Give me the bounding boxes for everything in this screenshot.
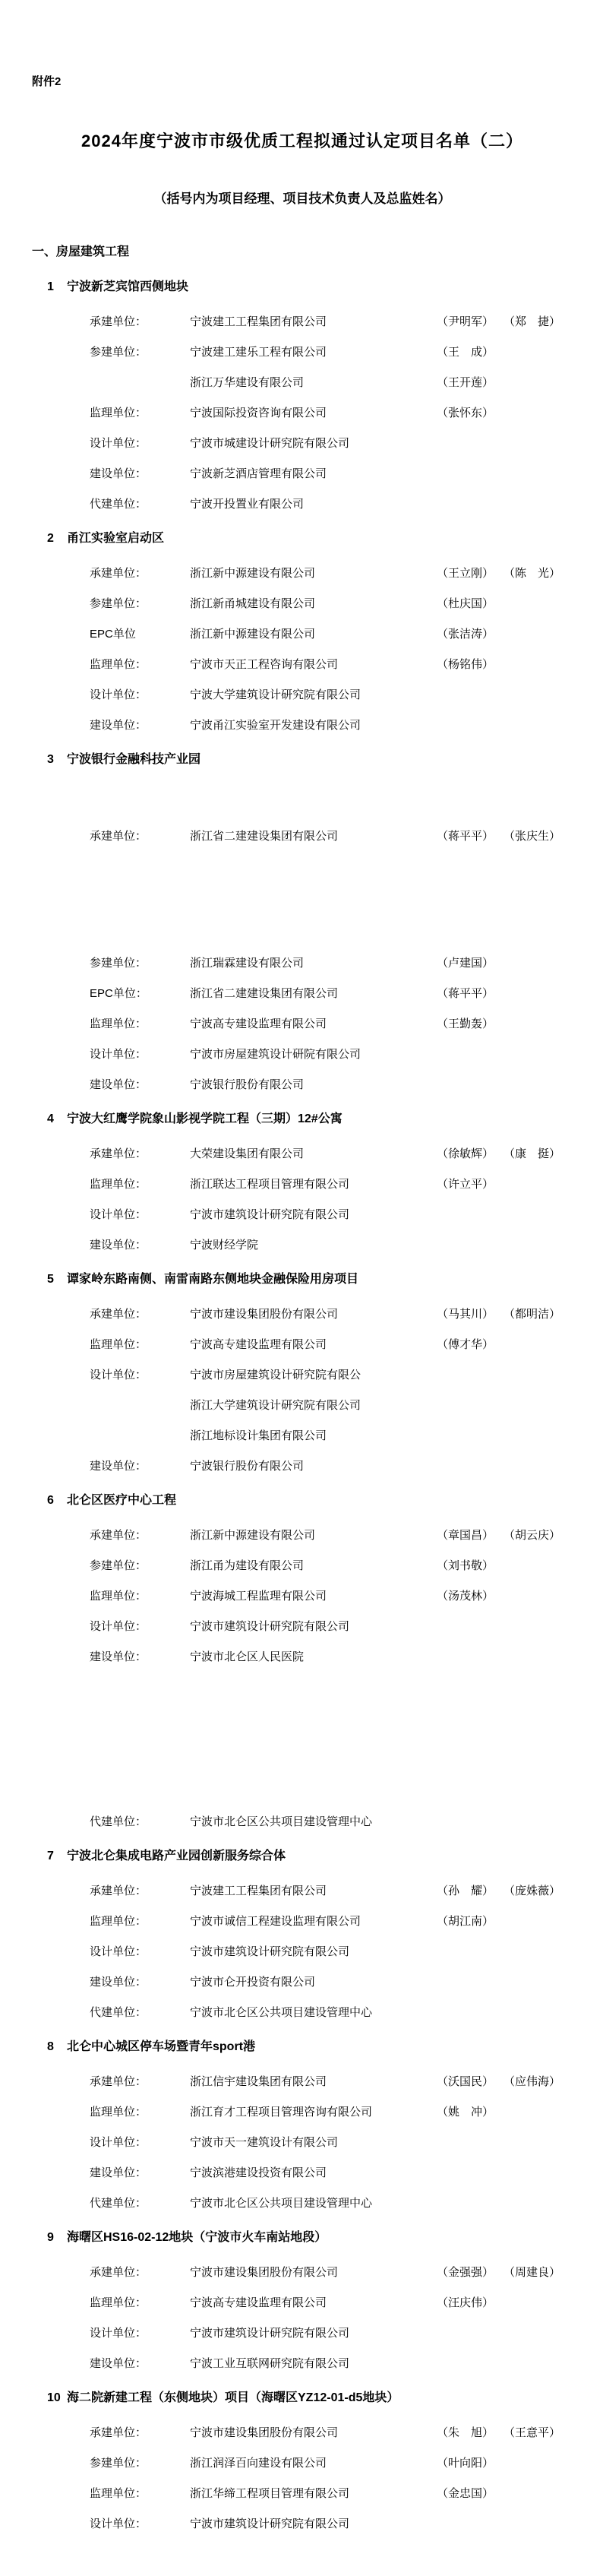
manager-name bbox=[437, 1815, 504, 1828]
unit-role-label: 代建单位： bbox=[90, 2006, 190, 2019]
unit-row: 监理单位： 宁波市天正工程咨询有限公司 （杨铭伟） bbox=[90, 658, 573, 671]
manager-name: （蒋平平） bbox=[437, 987, 504, 1000]
project: 1 宁波新芝宾馆西侧地块 承建单位： 宁波建工工程集团有限公司 （尹明军） （郑… bbox=[32, 280, 573, 511]
unit-role-label: 设计单位： bbox=[90, 437, 190, 450]
unit-row: 承建单位： 宁波市建设集团股份有限公司 （金强强） （周建良） bbox=[90, 2266, 573, 2279]
unit-role-label: 承建单位： bbox=[90, 1529, 190, 1542]
tech-lead-name: （康 挺） bbox=[504, 1147, 570, 1160]
unit-row: 建设单位： 宁波甬江实验室开发建设有限公司 bbox=[90, 719, 573, 732]
unit-row: 承建单位： 浙江新中源建设有限公司 （章国昌） （胡云庆） bbox=[90, 1529, 573, 1542]
company-name: 宁波市建设集团股份有限公司 bbox=[190, 2426, 437, 2439]
company-name: 宁波市北仑区公共项目建设管理中心 bbox=[190, 2006, 437, 2019]
unit-role-label: 监理单位： bbox=[90, 658, 190, 671]
unit-row: 参建单位： 浙江甬为建设有限公司 （刘书敬） bbox=[90, 1559, 573, 1572]
manager-name: （张洁涛） bbox=[437, 628, 504, 641]
project-number: 1 bbox=[47, 280, 67, 294]
unit-row: 建设单位： 宁波财经学院 bbox=[90, 1239, 573, 1252]
unit-role-label: EPC单位： bbox=[90, 987, 190, 1000]
manager-name: （胡江南） bbox=[437, 1915, 504, 1928]
unit-role-label: 监理单位： bbox=[90, 1915, 190, 1928]
project-title: 海曙区HS16-02-12地块（宁波市火车南站地段） bbox=[67, 2231, 573, 2245]
manager-name: （杜庆国） bbox=[437, 597, 504, 610]
project-list: 1 宁波新芝宾馆西侧地块 承建单位： 宁波建工工程集团有限公司 （尹明军） （郑… bbox=[32, 280, 573, 2530]
unit-role-label: 承建单位： bbox=[90, 567, 190, 580]
company-name: 宁波市建筑设计研究院有限公司 bbox=[190, 2517, 437, 2530]
project-title: 甬江实验室启动区 bbox=[67, 532, 573, 546]
tech-lead-name bbox=[504, 1559, 570, 1572]
unit-rows: 承建单位： 浙江新中源建设有限公司 （王立刚） （陈 光） 参建单位： 浙江新甬… bbox=[32, 567, 573, 732]
tech-lead-name bbox=[504, 1915, 570, 1928]
unit-role-label: 建设单位： bbox=[90, 719, 190, 732]
tech-lead-name bbox=[504, 2457, 570, 2470]
company-name: 宁波市建筑设计研究院有限公司 bbox=[190, 1945, 437, 1958]
unit-role-label: 参建单位： bbox=[90, 346, 190, 359]
unit-role-label: 代建单位： bbox=[90, 2197, 190, 2210]
unit-role-label: 承建单位： bbox=[90, 2075, 190, 2088]
unit-row: 承建单位： 浙江信宇建设集团有限公司 （沃国民） （应伟海） bbox=[90, 2075, 573, 2088]
unit-rows: 承建单位： 大荣建设集团有限公司 （徐敏辉） （康 挺） 监理单位： 浙江联达工… bbox=[32, 1147, 573, 1252]
unit-row: 承建单位： 大荣建设集团有限公司 （徐敏辉） （康 挺） bbox=[90, 1147, 573, 1160]
unit-role-label: 代建单位： bbox=[90, 1815, 190, 1828]
manager-name: （杨铭伟） bbox=[437, 658, 504, 671]
project-heading: 4 宁波大红鹰学院象山影视学院工程（三期）12#公寓 bbox=[32, 1112, 573, 1126]
tech-lead-name bbox=[504, 2197, 570, 2210]
manager-name bbox=[437, 1620, 504, 1633]
manager-name bbox=[437, 2166, 504, 2179]
unit-role-label: 监理单位： bbox=[90, 407, 190, 419]
company-name: 宁波新芝酒店管理有限公司 bbox=[190, 467, 437, 480]
tech-lead-name bbox=[504, 346, 570, 359]
company-name: 浙江华缔工程项目管理有限公司 bbox=[190, 2487, 437, 2500]
unit-row: 监理单位： 宁波高专建设监理有限公司 （傅才华） bbox=[90, 1338, 573, 1351]
manager-name: （汪庆伟） bbox=[437, 2296, 504, 2309]
unit-row: 设计单位： 宁波市建筑设计研究院有限公司 bbox=[90, 2517, 573, 2530]
manager-name: （马其川） bbox=[437, 1308, 504, 1321]
unit-row: 承建单位： 浙江省二建建设集团有限公司 （蒋平平） （张庆生） bbox=[90, 830, 573, 843]
company-name: 宁波大学建筑设计研究院有限公司 bbox=[190, 688, 437, 701]
tech-lead-name bbox=[504, 498, 570, 511]
unit-role-label: 监理单位： bbox=[90, 1338, 190, 1351]
manager-name: （张怀东） bbox=[437, 407, 504, 419]
unit-row: 建设单位： 宁波滨港建设投资有限公司 bbox=[90, 2166, 573, 2179]
tech-lead-name bbox=[504, 1399, 570, 1412]
project-heading: 2 甬江实验室启动区 bbox=[32, 532, 573, 546]
unit-role-label: 设计单位： bbox=[90, 1620, 190, 1633]
project-title: 海二院新建工程（东侧地块）项目（海曙区YZ12-01-d5地块） bbox=[67, 2391, 573, 2405]
tech-lead-name: （张庆生） bbox=[504, 830, 570, 843]
tech-lead-name bbox=[504, 437, 570, 450]
unit-role-label: 承建单位： bbox=[90, 2426, 190, 2439]
manager-name bbox=[437, 719, 504, 732]
manager-name bbox=[437, 467, 504, 480]
unit-row: 参建单位： 浙江润泽百向建设有限公司 （叶向阳） bbox=[90, 2457, 573, 2470]
company-name: 浙江省二建建设集团有限公司 bbox=[190, 987, 437, 1000]
company-name: 宁波高专建设监理有限公司 bbox=[190, 2296, 437, 2309]
project: 9 海曙区HS16-02-12地块（宁波市火车南站地段） 承建单位： 宁波市建设… bbox=[32, 2231, 573, 2370]
tech-lead-name bbox=[504, 688, 570, 701]
manager-name bbox=[437, 2327, 504, 2340]
company-name: 宁波市天正工程咨询有限公司 bbox=[190, 658, 437, 671]
tech-lead-name bbox=[504, 376, 570, 389]
tech-lead-name: （郑 捷） bbox=[504, 315, 570, 328]
tech-lead-name bbox=[504, 1815, 570, 1828]
project: 3 宁波银行金融科技产业园 承建单位： 浙江省二建建设集团有限公司 （蒋平平） … bbox=[32, 753, 573, 1091]
company-name: 浙江新中源建设有限公司 bbox=[190, 628, 437, 641]
unit-role-label: 承建单位： bbox=[90, 1308, 190, 1321]
company-name: 宁波银行股份有限公司 bbox=[190, 1460, 437, 1473]
tech-lead-name bbox=[504, 1945, 570, 1958]
unit-rows: 承建单位： 宁波市建设集团股份有限公司 （金强强） （周建良） 监理单位： 宁波… bbox=[32, 2266, 573, 2370]
unit-row: 浙江地标设计集团有限公司 bbox=[90, 1429, 573, 1442]
project-heading: 7 宁波北仑集成电路产业园创新服务综合体 bbox=[32, 1850, 573, 1863]
tech-lead-name bbox=[504, 2327, 570, 2340]
unit-row: EPC单位 浙江新中源建设有限公司 （张洁涛） bbox=[90, 628, 573, 641]
unit-rows: 承建单位： 浙江省二建建设集团有限公司 （蒋平平） （张庆生） 参建单位： 浙江… bbox=[32, 830, 573, 1091]
page-title: 2024年度宁波市市级优质工程拟通过认定项目名单（二） bbox=[32, 128, 573, 152]
unit-role-label bbox=[90, 376, 190, 389]
document-page: 附件2 2024年度宁波市市级优质工程拟通过认定项目名单（二） （括号内为项目经… bbox=[0, 0, 603, 2576]
unit-role-label: 建设单位： bbox=[90, 1239, 190, 1252]
unit-row: 代建单位： 宁波市北仑区公共项目建设管理中心 bbox=[90, 2197, 573, 2210]
project-number: 3 bbox=[47, 753, 67, 767]
tech-lead-name bbox=[504, 597, 570, 610]
section-heading: 一、房屋建筑工程 bbox=[32, 242, 573, 259]
company-name: 宁波市北仑区人民医院 bbox=[190, 1650, 437, 1663]
project-title: 宁波大红鹰学院象山影视学院工程（三期）12#公寓 bbox=[67, 1112, 573, 1126]
tech-lead-name: （王意平） bbox=[504, 2426, 570, 2439]
manager-name bbox=[437, 1048, 504, 1061]
project-number: 10 bbox=[47, 2391, 67, 2405]
unit-role-label: 设计单位： bbox=[90, 2517, 190, 2530]
unit-role-label bbox=[90, 1429, 190, 1442]
company-name: 宁波市建设集团股份有限公司 bbox=[190, 1308, 437, 1321]
unit-row: 代建单位： 宁波市北仑区公共项目建设管理中心 bbox=[90, 1815, 573, 1828]
tech-lead-name: （陈 光） bbox=[504, 567, 570, 580]
company-name: 宁波高专建设监理有限公司 bbox=[190, 1017, 437, 1030]
manager-name bbox=[437, 1369, 504, 1381]
manager-name: （蒋平平） bbox=[437, 830, 504, 843]
manager-name: （傅才华） bbox=[437, 1338, 504, 1351]
unit-row: 监理单位： 宁波市诚信工程建设监理有限公司 （胡江南） bbox=[90, 1915, 573, 1928]
unit-role-label: 监理单位： bbox=[90, 1017, 190, 1030]
tech-lead-name bbox=[504, 1429, 570, 1442]
unit-role-label: 承建单位： bbox=[90, 1147, 190, 1160]
manager-name bbox=[437, 437, 504, 450]
manager-name: （卢建国） bbox=[437, 957, 504, 970]
unit-row: 设计单位： 宁波市城建设计研究院有限公司 bbox=[90, 437, 573, 450]
manager-name bbox=[437, 2197, 504, 2210]
unit-row: 监理单位： 宁波国际投资咨询有限公司 （张怀东） bbox=[90, 407, 573, 419]
unit-rows: 承建单位： 宁波市建设集团股份有限公司 （马其川） （都明洁） 监理单位： 宁波… bbox=[32, 1308, 573, 1473]
project: 2 甬江实验室启动区 承建单位： 浙江新中源建设有限公司 （王立刚） （陈 光）… bbox=[32, 532, 573, 732]
unit-row: 参建单位： 浙江新甬城建设有限公司 （杜庆国） bbox=[90, 597, 573, 610]
unit-role-label: 承建单位： bbox=[90, 315, 190, 328]
manager-name bbox=[437, 498, 504, 511]
unit-row: 监理单位： 宁波高专建设监理有限公司 （汪庆伟） bbox=[90, 2296, 573, 2309]
tech-lead-name: （都明洁） bbox=[504, 1308, 570, 1321]
unit-role-label: 设计单位： bbox=[90, 1945, 190, 1958]
unit-rows: 承建单位： 宁波建工工程集团有限公司 （尹明军） （郑 捷） 参建单位： 宁波建… bbox=[32, 315, 573, 511]
project-title: 谭家岭东路南侧、南雷南路东侧地块金融保险用房项目 bbox=[67, 1273, 573, 1286]
company-name: 宁波市诚信工程建设监理有限公司 bbox=[190, 1915, 437, 1928]
unit-row: 承建单位： 宁波建工工程集团有限公司 （孙 耀） （庞姝薇） bbox=[90, 1885, 573, 1897]
company-name: 宁波海城工程监理有限公司 bbox=[190, 1590, 437, 1603]
tech-lead-name bbox=[504, 1590, 570, 1603]
unit-role-label: 设计单位： bbox=[90, 1369, 190, 1381]
tech-lead-name bbox=[504, 719, 570, 732]
manager-name: （叶向阳） bbox=[437, 2457, 504, 2470]
project-title: 宁波新芝宾馆西侧地块 bbox=[67, 280, 573, 294]
unit-role-label: 参建单位： bbox=[90, 2457, 190, 2470]
unit-row: 设计单位： 宁波市建筑设计研究院有限公司 bbox=[90, 2327, 573, 2340]
company-name: 宁波市仑开投资有限公司 bbox=[190, 1976, 437, 1989]
unit-row: 设计单位： 宁波市天一建筑设计有限公司 bbox=[90, 2136, 573, 2149]
unit-role-label: 设计单位： bbox=[90, 2327, 190, 2340]
unit-row: 监理单位： 浙江联达工程项目管理有限公司 （许立平） bbox=[90, 1178, 573, 1191]
manager-name bbox=[437, 1239, 504, 1252]
tech-lead-name bbox=[504, 1976, 570, 1989]
company-name: 宁波甬江实验室开发建设有限公司 bbox=[190, 719, 437, 732]
manager-name: （章国昌） bbox=[437, 1529, 504, 1542]
unit-row: 设计单位： 宁波大学建筑设计研究院有限公司 bbox=[90, 688, 573, 701]
company-name: 浙江省二建建设集团有限公司 bbox=[190, 830, 437, 843]
unit-row: 承建单位： 宁波市建设集团股份有限公司 （朱 旭） （王意平） bbox=[90, 2426, 573, 2439]
company-name: 浙江新中源建设有限公司 bbox=[190, 567, 437, 580]
tech-lead-name: （胡云庆） bbox=[504, 1529, 570, 1542]
tech-lead-name bbox=[504, 1338, 570, 1351]
tech-lead-name bbox=[504, 2166, 570, 2179]
unit-role-label: 建设单位： bbox=[90, 2357, 190, 2370]
manager-name bbox=[437, 1208, 504, 1221]
company-name: 宁波市房屋建筑设计研院有限公司 bbox=[190, 1048, 437, 1061]
project-heading: 8 北仑中心城区停车场暨青年sport港 bbox=[32, 2040, 573, 2054]
unit-row: 监理单位： 浙江华缔工程项目管理有限公司 （金忠国） bbox=[90, 2487, 573, 2500]
project-title: 北仑中心城区停车场暨青年sport港 bbox=[67, 2040, 573, 2054]
company-name: 宁波开投置业有限公司 bbox=[190, 498, 437, 511]
unit-row: 建设单位： 宁波市北仑区人民医院 bbox=[90, 1650, 573, 1663]
unit-role-label: 监理单位： bbox=[90, 1590, 190, 1603]
tech-lead-name bbox=[504, 1208, 570, 1221]
tech-lead-name bbox=[504, 2006, 570, 2019]
unit-row: 建设单位： 宁波银行股份有限公司 bbox=[90, 1460, 573, 1473]
project-heading: 5 谭家岭东路南侧、南雷南路东侧地块金融保险用房项目 bbox=[32, 1273, 573, 1286]
manager-name: （汤茂林） bbox=[437, 1590, 504, 1603]
unit-role-label: 建设单位： bbox=[90, 1078, 190, 1091]
unit-role-label: 设计单位： bbox=[90, 1048, 190, 1061]
manager-name bbox=[437, 2136, 504, 2149]
unit-row: 参建单位： 宁波建工建乐工程有限公司 （王 成） bbox=[90, 346, 573, 359]
unit-role-label: 建设单位： bbox=[90, 467, 190, 480]
manager-name: （徐敏辉） bbox=[437, 1147, 504, 1160]
tech-lead-name bbox=[504, 407, 570, 419]
unit-row: 监理单位： 宁波高专建设监理有限公司 （王勤轰） bbox=[90, 1017, 573, 1030]
tech-lead-name bbox=[504, 658, 570, 671]
company-name: 浙江信宇建设集团有限公司 bbox=[190, 2075, 437, 2088]
tech-lead-name bbox=[504, 467, 570, 480]
unit-role-label: 设计单位： bbox=[90, 688, 190, 701]
company-name: 宁波建工建乐工程有限公司 bbox=[190, 346, 437, 359]
company-name: 宁波市房屋建筑设计研究院有限公 bbox=[190, 1369, 437, 1381]
unit-role-label: 参建单位： bbox=[90, 957, 190, 970]
unit-row: 代建单位： 宁波开投置业有限公司 bbox=[90, 498, 573, 511]
unit-rows: 承建单位： 宁波建工工程集团有限公司 （孙 耀） （庞姝薇） 监理单位： 宁波市… bbox=[32, 1885, 573, 2019]
company-name: 宁波高专建设监理有限公司 bbox=[190, 1338, 437, 1351]
unit-role-label: 监理单位： bbox=[90, 1178, 190, 1191]
tech-lead-name bbox=[504, 1369, 570, 1381]
unit-row: 建设单位： 宁波新芝酒店管理有限公司 bbox=[90, 467, 573, 480]
tech-lead-name: （应伟海） bbox=[504, 2075, 570, 2088]
company-name: 宁波市北仑区公共项目建设管理中心 bbox=[190, 2197, 437, 2210]
manager-name bbox=[437, 688, 504, 701]
project: 4 宁波大红鹰学院象山影视学院工程（三期）12#公寓 承建单位： 大荣建设集团有… bbox=[32, 1112, 573, 1252]
unit-role-label: 建设单位： bbox=[90, 1460, 190, 1473]
unit-rows: 承建单位： 浙江新中源建设有限公司 （章国昌） （胡云庆） 参建单位： 浙江甬为… bbox=[32, 1529, 573, 1828]
manager-name bbox=[437, 1976, 504, 1989]
project-number: 4 bbox=[47, 1112, 67, 1126]
manager-name: （刘书敬） bbox=[437, 1559, 504, 1572]
project: 8 北仑中心城区停车场暨青年sport港 承建单位： 浙江信宇建设集团有限公司 … bbox=[32, 2040, 573, 2210]
unit-role-label: 建设单位： bbox=[90, 2166, 190, 2179]
manager-name: （姚 冲） bbox=[437, 2106, 504, 2119]
unit-role-label: 参建单位： bbox=[90, 597, 190, 610]
company-name: 宁波财经学院 bbox=[190, 1239, 437, 1252]
manager-name: （许立平） bbox=[437, 1178, 504, 1191]
unit-rows: 承建单位： 浙江信宇建设集团有限公司 （沃国民） （应伟海） 监理单位： 浙江育… bbox=[32, 2075, 573, 2210]
manager-name: （王 成） bbox=[437, 346, 504, 359]
project-title: 北仑区医疗中心工程 bbox=[67, 1494, 573, 1508]
unit-row: 建设单位： 宁波市仑开投资有限公司 bbox=[90, 1976, 573, 1989]
manager-name bbox=[437, 1429, 504, 1442]
unit-role-label: 承建单位： bbox=[90, 2266, 190, 2279]
company-name: 宁波市建筑设计研究院有限公司 bbox=[190, 2327, 437, 2340]
company-name: 浙江新中源建设有限公司 bbox=[190, 1529, 437, 1542]
company-name: 浙江联达工程项目管理有限公司 bbox=[190, 1178, 437, 1191]
unit-row: 设计单位： 宁波市建筑设计研究院有限公司 bbox=[90, 1620, 573, 1633]
unit-row: 承建单位： 宁波建工工程集团有限公司 （尹明军） （郑 捷） bbox=[90, 315, 573, 328]
tech-lead-name bbox=[504, 957, 570, 970]
company-name: 宁波滨港建设投资有限公司 bbox=[190, 2166, 437, 2179]
manager-name bbox=[437, 1399, 504, 1412]
manager-name bbox=[437, 2357, 504, 2370]
company-name: 宁波国际投资咨询有限公司 bbox=[190, 407, 437, 419]
tech-lead-name bbox=[504, 987, 570, 1000]
unit-role-label: 设计单位： bbox=[90, 2136, 190, 2149]
project-number: 7 bbox=[47, 1850, 67, 1863]
manager-name bbox=[437, 1460, 504, 1473]
unit-role-label: 建设单位： bbox=[90, 1976, 190, 1989]
manager-name: （朱 旭） bbox=[437, 2426, 504, 2439]
manager-name: （尹明军） bbox=[437, 315, 504, 328]
project: 6 北仑区医疗中心工程 承建单位： 浙江新中源建设有限公司 （章国昌） （胡云庆… bbox=[32, 1494, 573, 1828]
unit-role-label: 监理单位： bbox=[90, 2106, 190, 2119]
tech-lead-name bbox=[504, 1078, 570, 1091]
company-name: 宁波银行股份有限公司 bbox=[190, 1078, 437, 1091]
tech-lead-name bbox=[504, 1460, 570, 1473]
tech-lead-name bbox=[504, 1048, 570, 1061]
manager-name: （王立刚） bbox=[437, 567, 504, 580]
tech-lead-name bbox=[504, 1620, 570, 1633]
unit-row: 承建单位： 浙江新中源建设有限公司 （王立刚） （陈 光） bbox=[90, 567, 573, 580]
project-heading: 9 海曙区HS16-02-12地块（宁波市火车南站地段） bbox=[32, 2231, 573, 2245]
project-heading: 10 海二院新建工程（东侧地块）项目（海曙区YZ12-01-d5地块） bbox=[32, 2391, 573, 2405]
unit-role-label: 监理单位： bbox=[90, 2487, 190, 2500]
manager-name bbox=[437, 1078, 504, 1091]
unit-row: 承建单位： 宁波市建设集团股份有限公司 （马其川） （都明洁） bbox=[90, 1308, 573, 1321]
attachment-label: 附件2 bbox=[32, 73, 573, 89]
unit-row: 设计单位： 宁波市房屋建筑设计研究院有限公 bbox=[90, 1369, 573, 1381]
company-name: 浙江地标设计集团有限公司 bbox=[190, 1429, 437, 1442]
project-number: 5 bbox=[47, 1273, 67, 1286]
project-number: 8 bbox=[47, 2040, 67, 2054]
unit-row: 参建单位： 浙江瑞霖建设有限公司 （卢建国） bbox=[90, 957, 573, 970]
company-name: 浙江育才工程项目管理咨询有限公司 bbox=[190, 2106, 437, 2119]
company-name: 宁波市建筑设计研究院有限公司 bbox=[190, 1620, 437, 1633]
unit-rows: 承建单位： 宁波市建设集团股份有限公司 （朱 旭） （王意平） 参建单位： 浙江… bbox=[32, 2426, 573, 2530]
tech-lead-name bbox=[504, 628, 570, 641]
manager-name: （金忠国） bbox=[437, 2487, 504, 2500]
tech-lead-name bbox=[504, 2106, 570, 2119]
tech-lead-name bbox=[504, 2136, 570, 2149]
company-name: 大荣建设集团有限公司 bbox=[190, 1147, 437, 1160]
company-name: 宁波市建筑设计研究院有限公司 bbox=[190, 1208, 437, 1221]
manager-name bbox=[437, 1945, 504, 1958]
unit-row: 设计单位： 宁波市建筑设计研究院有限公司 bbox=[90, 1208, 573, 1221]
tech-lead-name bbox=[504, 1239, 570, 1252]
project-number: 6 bbox=[47, 1494, 67, 1508]
manager-name: （沃国民） bbox=[437, 2075, 504, 2088]
manager-name bbox=[437, 2006, 504, 2019]
project-heading: 3 宁波银行金融科技产业园 bbox=[32, 753, 573, 767]
company-name: 浙江甬为建设有限公司 bbox=[190, 1559, 437, 1572]
unit-role-label: 承建单位： bbox=[90, 1885, 190, 1897]
project: 10 海二院新建工程（东侧地块）项目（海曙区YZ12-01-d5地块） 承建单位… bbox=[32, 2391, 573, 2530]
tech-lead-name bbox=[504, 2487, 570, 2500]
unit-row: 监理单位： 宁波海城工程监理有限公司 （汤茂林） bbox=[90, 1590, 573, 1603]
tech-lead-name bbox=[504, 2296, 570, 2309]
company-name: 宁波建工工程集团有限公司 bbox=[190, 315, 437, 328]
project-title: 宁波银行金融科技产业园 bbox=[67, 753, 573, 767]
company-name: 宁波工业互联网研究院有限公司 bbox=[190, 2357, 437, 2370]
manager-name bbox=[437, 2517, 504, 2530]
tech-lead-name: （周建良） bbox=[504, 2266, 570, 2279]
project-heading: 6 北仑区医疗中心工程 bbox=[32, 1494, 573, 1508]
project-number: 9 bbox=[47, 2231, 67, 2245]
project-title: 宁波北仑集成电路产业园创新服务综合体 bbox=[67, 1850, 573, 1863]
tech-lead-name bbox=[504, 1650, 570, 1663]
unit-row: 设计单位： 宁波市建筑设计研究院有限公司 bbox=[90, 1945, 573, 1958]
company-name: 浙江润泽百向建设有限公司 bbox=[190, 2457, 437, 2470]
unit-role-label: 代建单位： bbox=[90, 498, 190, 511]
company-name: 浙江新甬城建设有限公司 bbox=[190, 597, 437, 610]
unit-role-label bbox=[90, 1399, 190, 1412]
manager-name bbox=[437, 1650, 504, 1663]
unit-row: 浙江万华建设有限公司 （王开莲） bbox=[90, 376, 573, 389]
unit-role-label: 监理单位： bbox=[90, 2296, 190, 2309]
company-name: 宁波市建设集团股份有限公司 bbox=[190, 2266, 437, 2279]
unit-role-label: 设计单位： bbox=[90, 1208, 190, 1221]
manager-name: （金强强） bbox=[437, 2266, 504, 2279]
tech-lead-name bbox=[504, 1178, 570, 1191]
unit-role-label: 建设单位： bbox=[90, 1650, 190, 1663]
company-name: 浙江瑞霖建设有限公司 bbox=[190, 957, 437, 970]
tech-lead-name bbox=[504, 2517, 570, 2530]
company-name: 浙江万华建设有限公司 bbox=[190, 376, 437, 389]
manager-name: （孙 耀） bbox=[437, 1885, 504, 1897]
tech-lead-name bbox=[504, 2357, 570, 2370]
project: 7 宁波北仑集成电路产业园创新服务综合体 承建单位： 宁波建工工程集团有限公司 … bbox=[32, 1850, 573, 2019]
manager-name: （王开莲） bbox=[437, 376, 504, 389]
unit-row: EPC单位： 浙江省二建建设集团有限公司 （蒋平平） bbox=[90, 987, 573, 1000]
